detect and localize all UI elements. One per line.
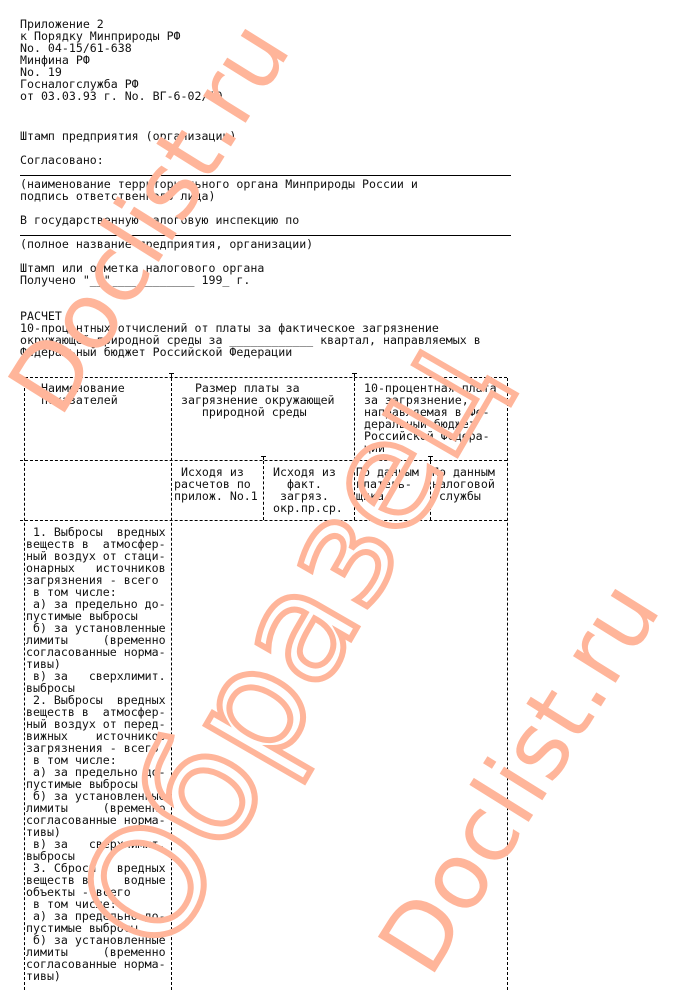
subheader-cell-actual-pollution: Исходя из факт. загряз. окр.пр.ср. xyxy=(266,466,343,514)
header-cell-payment-amount: Размер платы за загрязнение окружающей п… xyxy=(174,382,335,418)
table-col-border xyxy=(354,378,355,520)
table-tee xyxy=(428,456,433,457)
header-cell-line: показателей xyxy=(27,394,125,406)
table-tee xyxy=(261,456,266,457)
indicators-list: 1. Выбросы вредныхвеществ в атмосфер-ный… xyxy=(26,526,166,982)
header-cell-line: щика xyxy=(356,490,419,502)
table-top-border xyxy=(20,377,507,378)
indicator-line: тивы) xyxy=(26,970,166,982)
header-cell-indicators: Наименование показателей xyxy=(27,382,125,406)
table-left-border xyxy=(24,378,25,990)
table-right-border xyxy=(507,378,508,990)
table-col-border xyxy=(171,378,172,990)
table-subcol-border xyxy=(430,461,431,520)
header-cell-line: службы xyxy=(432,490,495,502)
header-cell-line: прилож. No.1 xyxy=(174,490,258,502)
header-cell-line: окр.пр.ср. xyxy=(266,502,343,514)
table-tee xyxy=(352,373,357,374)
header-cell-line: ции xyxy=(357,442,497,454)
calculation-table: Наименование показателей Размер платы за… xyxy=(0,0,700,1000)
header-cell-line: природной среды xyxy=(174,406,335,418)
subheader-cell-payer-data: По даннымплатель-щика xyxy=(356,466,419,502)
subheader-cell-by-appendix: Исходя израсчетов поприлож. No.1 xyxy=(174,466,258,502)
table-body-divider xyxy=(20,520,507,521)
table-tee xyxy=(169,373,174,374)
subheader-cell-tax-service-data: По даннымналоговой службы xyxy=(432,466,495,502)
table-subcol-border xyxy=(263,461,264,520)
header-cell-ten-percent: 10-процентная плата за загрязнение, напр… xyxy=(357,382,497,454)
